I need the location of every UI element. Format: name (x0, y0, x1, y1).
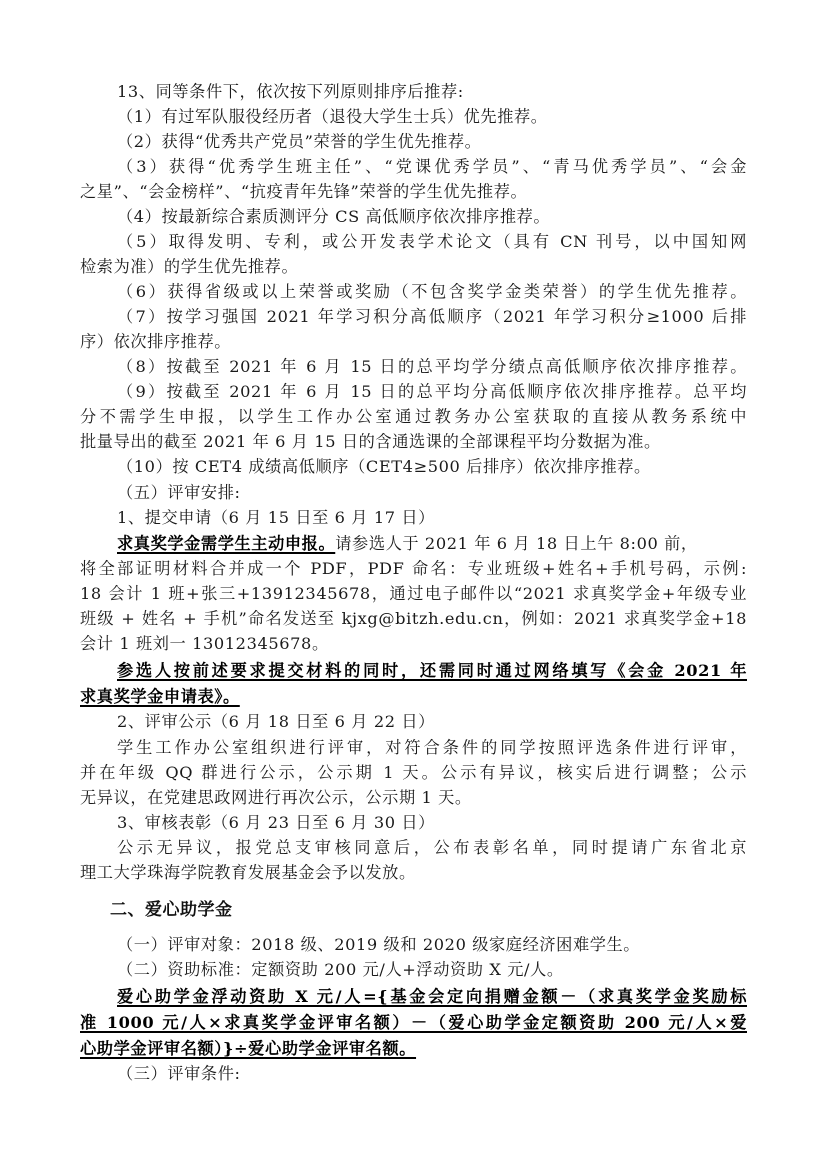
formula-line-1: 爱心助学金浮动资助 X 元/人={基金会定向捐赠金额－（求真奖学金奖励标 (117, 986, 747, 1008)
criterion-8: （8）按截至 2021 年 6 月 15 日的总平均学分绩点高低顺序依次排序推荐… (117, 356, 747, 378)
criterion-9-line-1: （9）按截至 2021 年 6 月 15 日的总平均分高低顺序依次排序推荐。总平… (117, 381, 747, 403)
step-3-line-2: 理工大学珠海学院教育发展基金会予以发放。 (80, 862, 747, 884)
step-3-line-1: 公示无异议，报党总支审核同意后，公布表彰名单，同时提请广东省北京 (117, 837, 747, 859)
step-1-deadline: 请参选人于 2021 年 6 月 18 日上午 8:00 前， (335, 534, 697, 553)
step-3-title: 3、审核表彰（6 月 23 日至 6 月 30 日） (117, 812, 747, 834)
step-1-title: 1、提交申请（6 月 15 日至 6 月 17 日） (117, 507, 747, 529)
criterion-7-line-1: （7）按学习强国 2021 年学习积分高低顺序（2021 年学习积分≥1000 … (117, 306, 747, 328)
section-5-title: （五）评审安排: (117, 482, 747, 504)
criterion-9-line-3: 批量导出的截至 2021 年 6 月 15 日的含通选课的全部课程平均分数据为准… (80, 431, 747, 453)
criterion-9-line-2: 分不需学生申报，以学生工作办公室通过教务办公室获取的直接从教务系统中 (80, 406, 747, 428)
step-1-line-2: 将全部证明材料合并成一个 PDF，PDF 命名：专业班级+姓名+手机号码，示例: (80, 558, 747, 580)
part-2-target: （一）评审对象：2018 级、2019 级和 2020 级家庭经济困难学生。 (117, 934, 747, 956)
criterion-1: （1）有过军队服役经历者（退役大学生士兵）优先推荐。 (117, 106, 747, 128)
section-13-title: 13、同等条件下，依次按下列原则排序后推荐: (117, 81, 747, 103)
step-1-note-line-2: 求真奖学金申请表》。 (80, 686, 747, 708)
step-2-title: 2、评审公示（6 月 18 日至 6 月 22 日） (117, 711, 747, 733)
criterion-7-line-2: 序）依次排序推荐。 (80, 331, 747, 353)
step-2-line-1: 学生工作办公室组织进行评审，对符合条件的同学按照评选条件进行评审， (117, 737, 747, 759)
criterion-3-line-2: 之星”、“会金榜样”、“抗疫青年先锋”荣誉的学生优先推荐。 (80, 181, 747, 203)
document-page: 13、同等条件下，依次按下列原则排序后推荐: （1）有过军队服役经历者（退役大学… (0, 0, 827, 1169)
criterion-3-line-1: （3）获得“优秀学生班主任”、“党课优秀学员”、“青马优秀学员”、“会金 (117, 156, 747, 178)
formula-line-3: 心助学金评审名额）}÷爱心助学金评审名额。 (80, 1038, 747, 1060)
formula-line-2: 准 1000 元/人×求真奖学金评审名额）－（爱心助学金定额资助 200 元/人… (80, 1012, 747, 1034)
criterion-6: （6）获得省级或以上荣誉或奖励（不包含奖学金类荣誉）的学生优先推荐。 (117, 281, 747, 303)
step-1-line-3: 18 会计 1 班+张三+13912345678，通过电子邮件以“2021 求真… (80, 583, 747, 605)
step-1-line-4: 班级 + 姓名 + 手机”命名发送至 kjxg@bitzh.edu.cn，例如：… (80, 608, 747, 630)
part-2-conditions-title: （三）评审条件: (117, 1063, 747, 1085)
step-2-line-2: 并在年级 QQ 群进行公示，公示期 1 天。公示有异议，核实后进行调整；公示 (80, 762, 747, 784)
step-1-note-line-1: 参选人按前述要求提交材料的同时，还需同时通过网络填写《会金 2021 年 (117, 660, 747, 682)
step-1-emphasis: 求真奖学金需学生主动申报。 (117, 534, 335, 553)
criterion-2: （2）获得“优秀共产党员”荣誉的学生优先推荐。 (117, 131, 747, 153)
part-2-heading: 二、爱心助学金 (110, 899, 233, 921)
criterion-5-line-1: （5）取得发明、专利，或公开发表学术论文（具有 CN 刊号，以中国知网 (117, 231, 747, 253)
step-1-intro: 求真奖学金需学生主动申报。请参选人于 2021 年 6 月 18 日上午 8:0… (117, 533, 747, 555)
part-2-standard: （二）资助标准：定额资助 200 元/人+浮动资助 X 元/人。 (117, 959, 747, 981)
step-2-line-3: 无异议，在党建思政网进行再次公示，公示期 1 天。 (80, 787, 747, 809)
step-1-line-5: 会计 1 班刘一 13012345678。 (80, 633, 747, 655)
criterion-5-line-2: 检索为准）的学生优先推荐。 (80, 256, 747, 278)
criterion-10: （10）按 CET4 成绩高低顺序（CET4≥500 后排序）依次排序推荐。 (117, 456, 747, 478)
criterion-4: （4）按最新综合素质测评分 CS 高低顺序依次排序推荐。 (117, 206, 747, 228)
